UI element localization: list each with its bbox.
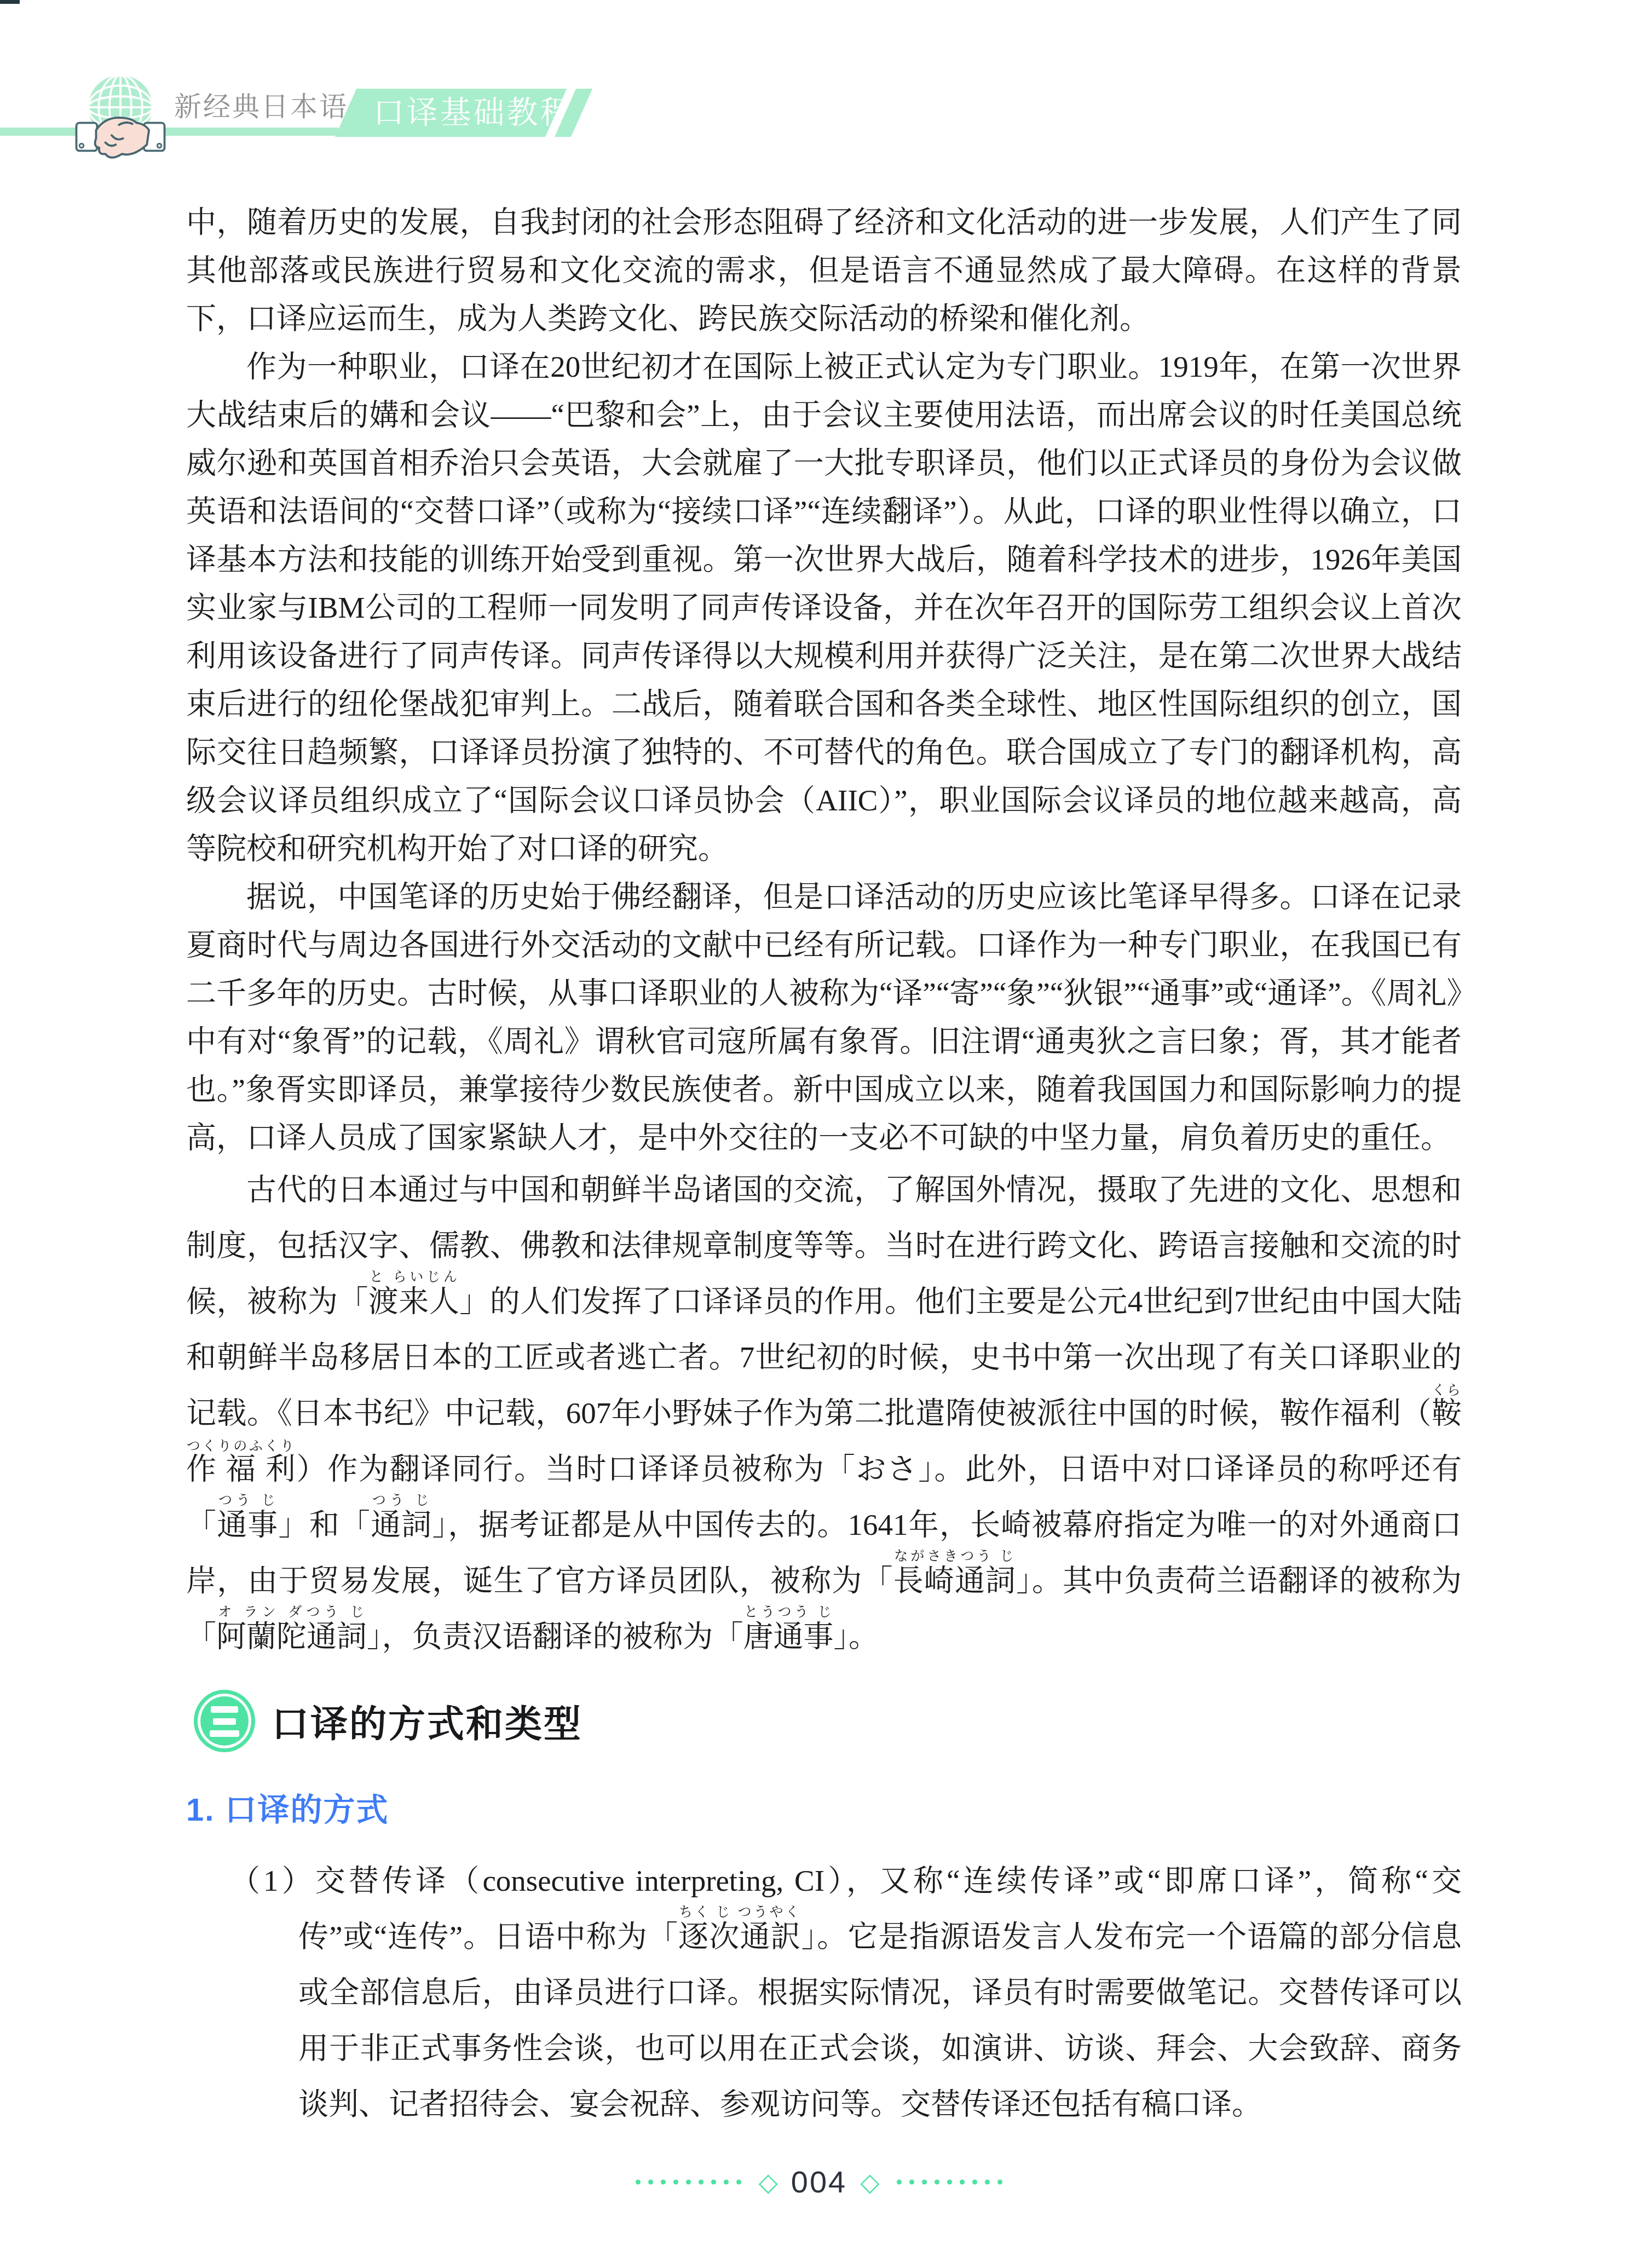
ruby-term: 鞍 作 福 利くらつくりのふくり bbox=[186, 1396, 1462, 1486]
ruby-term: 渡来人と らいじん bbox=[368, 1285, 459, 1318]
ruby-term: 通事つう じ bbox=[217, 1508, 278, 1541]
ruby-term: 阿蘭陀通詞オ ラン ダつう じ bbox=[216, 1620, 367, 1653]
diamond-icon: ◇ bbox=[758, 2169, 777, 2195]
diamond-icon: ◇ bbox=[860, 2169, 879, 2195]
handshake-icon bbox=[76, 118, 164, 158]
banner-parallelogram: 口译基础教程 bbox=[335, 89, 567, 137]
corner-print-mark bbox=[0, 0, 20, 4]
body-text: 中，随着历史的发展，自我封闭的社会形态阻碍了经济和文化活动的进一步发展，人们产生… bbox=[186, 198, 1462, 1665]
dotted-line-left bbox=[632, 2179, 745, 2185]
globe-handshake-logo bbox=[71, 67, 170, 165]
textbook-page: 新经典日本语 口译基础教程 中，随着历史的发展，自我封闭的社会形态阻碍了经济和文… bbox=[0, 0, 1638, 2268]
page-number: 004 bbox=[791, 2164, 847, 2200]
ruby-term: 逐次通訳ちく じ つうやく bbox=[678, 1920, 801, 1953]
numbered-list: （1）交替传译（consecutive interpreting, CI），又称… bbox=[186, 1853, 1462, 2132]
paragraph: 古代的日本通过与中国和朝鲜半岛诸国的交流，了解国外情况，摄取了先进的文化、思想和… bbox=[186, 1162, 1462, 1665]
paragraph: （1）交替传译（consecutive interpreting, CI），又称… bbox=[298, 1853, 1462, 2132]
section-three-bars-icon bbox=[194, 1690, 255, 1752]
book-title: 口译基础教程 bbox=[346, 89, 556, 137]
subsection-heading: 1. 口译的方式 bbox=[186, 1784, 1462, 1830]
subsection-number: 1. bbox=[186, 1792, 215, 1828]
dotted-line-right bbox=[893, 2179, 1006, 2185]
section-title: 口译的方式和类型 bbox=[272, 1695, 582, 1748]
subsection-title: 口译的方式 bbox=[225, 1792, 389, 1828]
ruby-term: 長崎通詞ながさきつう じ bbox=[893, 1564, 1017, 1597]
ruby-term: 唐通事とうつう じ bbox=[743, 1620, 834, 1653]
ruby-term: 通詞つう じ bbox=[371, 1508, 432, 1541]
page-footer: ◇ 004 ◇ bbox=[0, 2164, 1638, 2200]
page-content: 中，随着历史的发展，自我封闭的社会形态阻碍了经济和文化活动的进一步发展，人们产生… bbox=[0, 0, 1638, 2132]
paragraph: 中，随着历史的发展，自我封闭的社会形态阻碍了经济和文化活动的进一步发展，人们产生… bbox=[186, 198, 1462, 343]
paragraph: 作为一种职业，口译在20世纪初才在国际上被正式认定为专门职业。1919年，在第一… bbox=[186, 343, 1462, 873]
paragraph: 据说，中国笔译的历史始于佛经翻译，但是口译活动的历史应该比笔译早得多。口译在记录… bbox=[186, 873, 1462, 1162]
section-heading: 口译的方式和类型 bbox=[194, 1690, 1462, 1752]
series-title: 新经典日本语 bbox=[174, 92, 348, 122]
